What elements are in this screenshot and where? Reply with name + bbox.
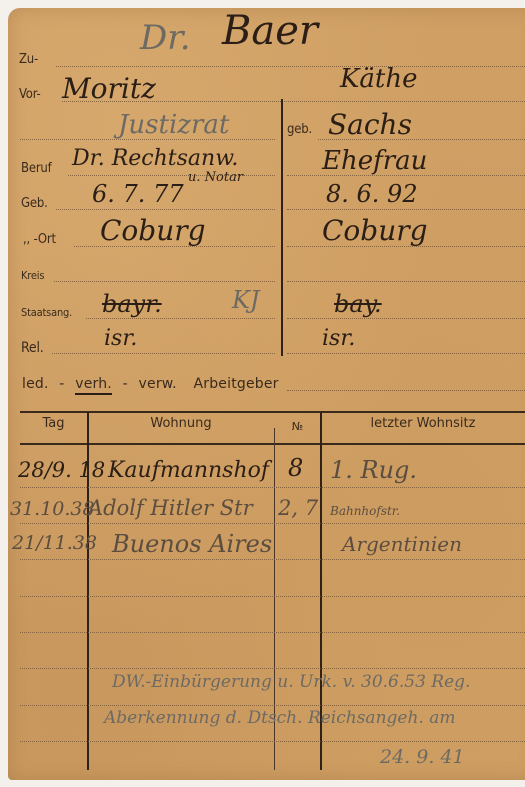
line-rel-right [287, 353, 525, 354]
table-row-line [20, 487, 525, 488]
table-row-line [20, 596, 525, 597]
hw-citizenship-note: KJ [232, 286, 260, 314]
cell-nr: 8 [288, 454, 303, 482]
label-vor: Vor- [19, 87, 41, 102]
hw-wife-religion: isr. [322, 326, 355, 351]
hw-profession-title: Justizrat [118, 110, 229, 140]
status-verheiratet: verh. [75, 376, 112, 395]
hw-notar: u. Notar [188, 170, 243, 185]
cell-letzter: 1. Rug. [330, 456, 417, 484]
status-verwitwet: verw. [139, 376, 177, 392]
hw-husband-birth-date: 6. 7. 77 [92, 180, 184, 208]
note-date: 24. 9. 41 [380, 746, 465, 768]
cell-tag: 28/9. 18 [18, 458, 105, 482]
note-line-2: Aberkennung d. Dtsch. Reichsangeh. am [104, 708, 455, 728]
line-staatsang-left [86, 318, 275, 319]
hw-wife-citizenship: bay. [334, 290, 382, 318]
hw-husband-citizenship: bayr. [102, 290, 162, 318]
status-ledig: led. [22, 376, 49, 392]
label-rel: Rel. [21, 340, 44, 356]
table-row-line [20, 668, 525, 669]
hw-wife-birth-place: Coburg [322, 214, 428, 247]
marital-status-row: led. - verh. - verw. Arbeitgeber [22, 376, 285, 392]
label-geb: Geb. [21, 196, 48, 211]
table-row-line [20, 741, 525, 742]
upper-divider [281, 99, 283, 356]
hw-maiden-name: Sachs [328, 108, 412, 141]
header-wohnung: Wohnung [88, 416, 274, 431]
label-geb-name: geb. [287, 122, 312, 137]
header-nr: № [275, 420, 320, 433]
label-staatsang: Staatsang. [21, 306, 72, 319]
cell-tag: 21/11.38 [12, 532, 97, 554]
label-ort: ,, -Ort [23, 232, 56, 247]
cell-letzter: Bahnhofstr. [330, 504, 400, 518]
hw-surname: Baer [222, 8, 318, 54]
line-beruf-left [68, 175, 275, 176]
line-geb-left [56, 209, 275, 210]
label-kreis: Kreis [21, 269, 44, 282]
label-zu: Zu- [19, 52, 38, 67]
header-letzter-wohnsitz: letzter Wohnsitz [321, 416, 525, 431]
line-kreis-left [54, 281, 275, 282]
line-zu [56, 66, 525, 67]
hw-wife-first-name: Käthe [340, 64, 418, 94]
status-sep-2: - [123, 376, 128, 392]
cell-wohnung: Buenos Aires [112, 530, 272, 558]
hw-title: Dr. [140, 18, 191, 58]
hw-wife-profession: Ehefrau [322, 146, 427, 176]
line-kreis-right [287, 281, 525, 282]
table-row-line [20, 559, 525, 560]
table-top-rule [20, 411, 525, 413]
status-sep-1: - [59, 376, 64, 392]
label-beruf: Beruf [21, 161, 52, 176]
line-arbeitgeber [287, 390, 525, 391]
table-row-line [20, 523, 525, 524]
table-row-line [20, 632, 525, 633]
cell-wohnung: Kaufmannshof [108, 458, 269, 483]
hw-husband-religion: isr. [104, 326, 137, 351]
line-geb-right [287, 209, 525, 210]
hw-wife-birth-date: 8. 6. 92 [326, 180, 418, 208]
cell-wohnung: Adolf Hitler Str [88, 496, 253, 520]
hw-husband-birth-place: Coburg [100, 214, 206, 247]
cell-letzter: Argentinien [342, 532, 462, 556]
label-arbeitgeber: Arbeitgeber [193, 376, 278, 392]
header-tag: Tag [20, 416, 87, 431]
line-staatsang-right [287, 318, 525, 319]
note-line-1: DW.-Einbürgerung u. Urk. v. 30.6.53 Reg. [112, 672, 470, 692]
hw-husband-first-name: Moritz [62, 72, 156, 105]
cell-nr: 2, 7 [278, 496, 318, 520]
table-row-line [20, 705, 525, 706]
hw-profession: Dr. Rechtsanw. [72, 146, 238, 171]
cell-tag: 31.10.38 [10, 498, 95, 520]
table-header-rule [20, 443, 525, 445]
line-rel-left [52, 353, 275, 354]
